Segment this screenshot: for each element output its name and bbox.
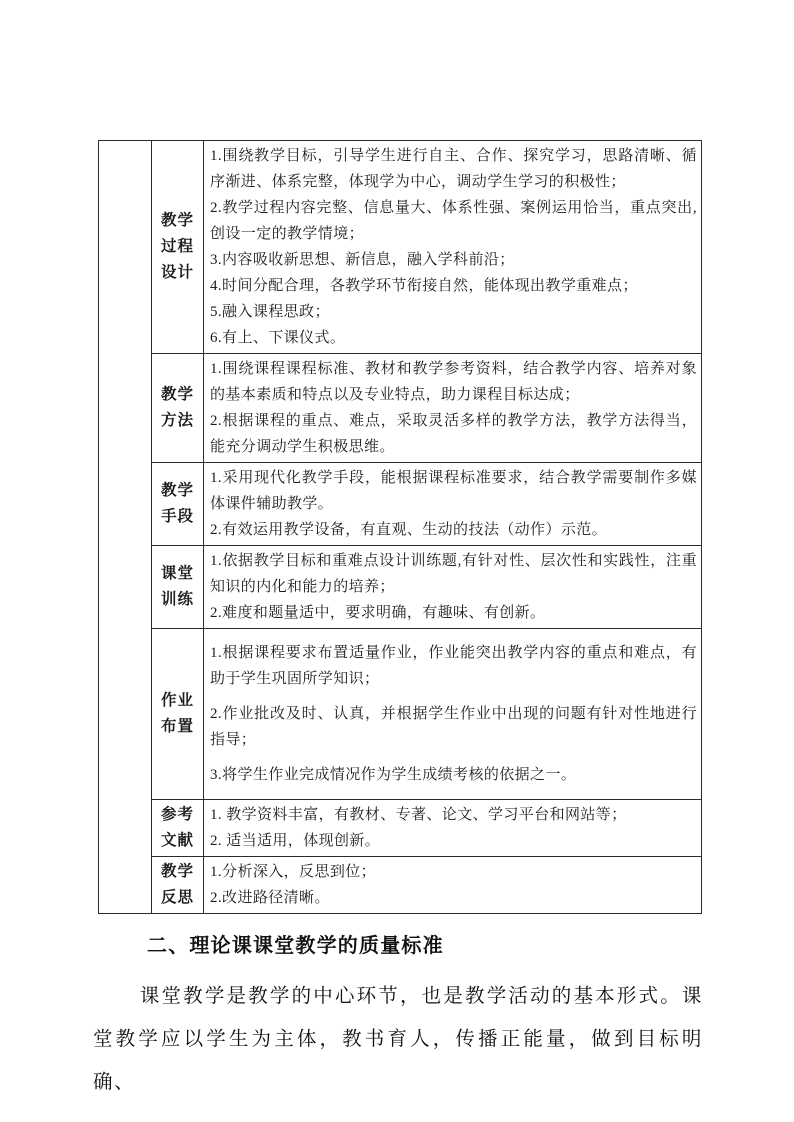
table-row: 教学过程设计1.围绕教学目标，引导学生进行自主、合作、探究学习，思路清晰、循序渐… [99,141,702,354]
row-label: 课堂训练 [152,546,204,629]
criteria-item: 2.根据课程的重点、难点，采取灵活多样的教学方法，教学方法得当，能充分调动学生积… [210,408,697,460]
section-heading: 二、理论课课堂教学的质量标准 [147,929,702,958]
row-label-line: 方法 [152,408,203,434]
page-content: 教学过程设计1.围绕教学目标，引导学生进行自主、合作、探究学习，思路清晰、循序渐… [98,140,702,1104]
criteria-item: 2. 适当适用，体现创新。 [210,828,697,854]
table-row: 参考文献1. 教学资料丰富，有教材、专著、论文、学习平台和网站等；2. 适当适用… [99,800,702,857]
criteria-item: 2.作业批改及时、认真，并根据学生作业中出现的问题有针对性地进行指导； [210,701,697,753]
spanner-cell-empty [99,141,152,914]
criteria-item: 2.有效运用教学设备，有直观、生动的技法（动作）示范。 [210,517,697,543]
criteria-item: 1.根据课程要求布置适量作业，作业能突出教学内容的重点和难点，有助于学生巩固所学… [210,640,697,692]
row-label-line: 文献 [152,828,203,854]
row-label: 教学反思 [152,857,204,914]
row-criteria: 1. 教学资料丰富，有教材、专著、论文、学习平台和网站等；2. 适当适用，体现创… [204,800,702,857]
quality-standards-table-body: 教学过程设计1.围绕教学目标，引导学生进行自主、合作、探究学习，思路清晰、循序渐… [99,141,702,914]
criteria-item: 3.内容吸收新思想、新信息，融入学科前沿； [210,247,697,273]
row-criteria: 1.围绕课程课程标准、教材和教学参考资料，结合教学内容、培养对象的基本素质和特点… [204,354,702,463]
criteria-item: 1. 教学资料丰富，有教材、专著、论文、学习平台和网站等； [210,802,697,828]
row-label-line: 设计 [152,260,203,286]
row-criteria: 1.依据教学目标和重难点设计训练题,有针对性、层次性和实践性，注重知识的内化和能… [204,546,702,629]
criteria-item: 1.依据教学目标和重难点设计训练题,有针对性、层次性和实践性，注重知识的内化和能… [210,548,697,600]
criteria-item: 1.围绕教学目标，引导学生进行自主、合作、探究学习，思路清晰、循序渐进、体系完整… [210,143,697,195]
row-label-line: 教学 [152,208,203,234]
quality-standards-table: 教学过程设计1.围绕教学目标，引导学生进行自主、合作、探究学习，思路清晰、循序渐… [98,140,702,914]
row-label-line: 教学 [152,478,203,504]
criteria-item: 1.分析深入，反思到位； [210,859,697,885]
row-label-line: 训练 [152,587,203,613]
document-page: 教学过程设计1.围绕教学目标，引导学生进行自主、合作、探究学习，思路清晰、循序渐… [0,0,794,1122]
row-label-line: 课堂 [152,561,203,587]
row-label: 作业布置 [152,629,204,800]
row-label: 教学方法 [152,354,204,463]
row-label-line: 教学 [152,382,203,408]
row-criteria: 1.分析深入，反思到位；2.改进路径清晰。 [204,857,702,914]
criteria-item: 2.教学过程内容完整、信息量大、体系性强、案例运用恰当，重点突出,创设一定的教学… [210,195,697,247]
table-row: 教学手段1.采用现代化教学手段，能根据课程标准要求，结合教学需要制作多媒体课件辅… [99,463,702,546]
row-label-line: 反思 [152,885,203,911]
criteria-item: 5.融入课程思政； [210,299,697,325]
table-row: 课堂训练1.依据教学目标和重难点设计训练题,有针对性、层次性和实践性，注重知识的… [99,546,702,629]
body-paragraph: 课堂教学是教学的中心环节，也是教学活动的基本形式。课堂教学应以学生为主体，教书育… [93,975,703,1104]
row-label: 参考文献 [152,800,204,857]
row-label-line: 作业 [152,688,203,714]
criteria-item: 2.改进路径清晰。 [210,885,697,911]
row-label-line: 手段 [152,504,203,530]
table-row: 教学方法1.围绕课程课程标准、教材和教学参考资料，结合教学内容、培养对象的基本素… [99,354,702,463]
row-criteria: 1.根据课程要求布置适量作业，作业能突出教学内容的重点和难点，有助于学生巩固所学… [204,629,702,800]
criteria-item: 4.时间分配合理，各教学环节衔接自然，能体现出教学重难点； [210,273,697,299]
row-label-line: 布置 [152,714,203,740]
row-label: 教学过程设计 [152,141,204,354]
row-criteria: 1.采用现代化教学手段，能根据课程标准要求，结合教学需要制作多媒体课件辅助教学。… [204,463,702,546]
table-row: 教学反思1.分析深入，反思到位；2.改进路径清晰。 [99,857,702,914]
row-label-line: 过程 [152,234,203,260]
row-label-line: 教学 [152,859,203,885]
criteria-item: 6.有上、下课仪式。 [210,325,697,351]
row-criteria: 1.围绕教学目标，引导学生进行自主、合作、探究学习，思路清晰、循序渐进、体系完整… [204,141,702,354]
criteria-item: 2.难度和题量适中，要求明确，有趣味、有创新。 [210,600,697,626]
row-label: 教学手段 [152,463,204,546]
criteria-item: 1.围绕课程课程标准、教材和教学参考资料，结合教学内容、培养对象的基本素质和特点… [210,356,697,408]
criteria-item: 3.将学生作业完成情况作为学生成绩考核的依据之一。 [210,762,697,788]
table-row: 作业布置1.根据课程要求布置适量作业，作业能突出教学内容的重点和难点，有助于学生… [99,629,702,800]
criteria-item: 1.采用现代化教学手段，能根据课程标准要求，结合教学需要制作多媒体课件辅助教学。 [210,465,697,517]
row-label-line: 参考 [152,802,203,828]
